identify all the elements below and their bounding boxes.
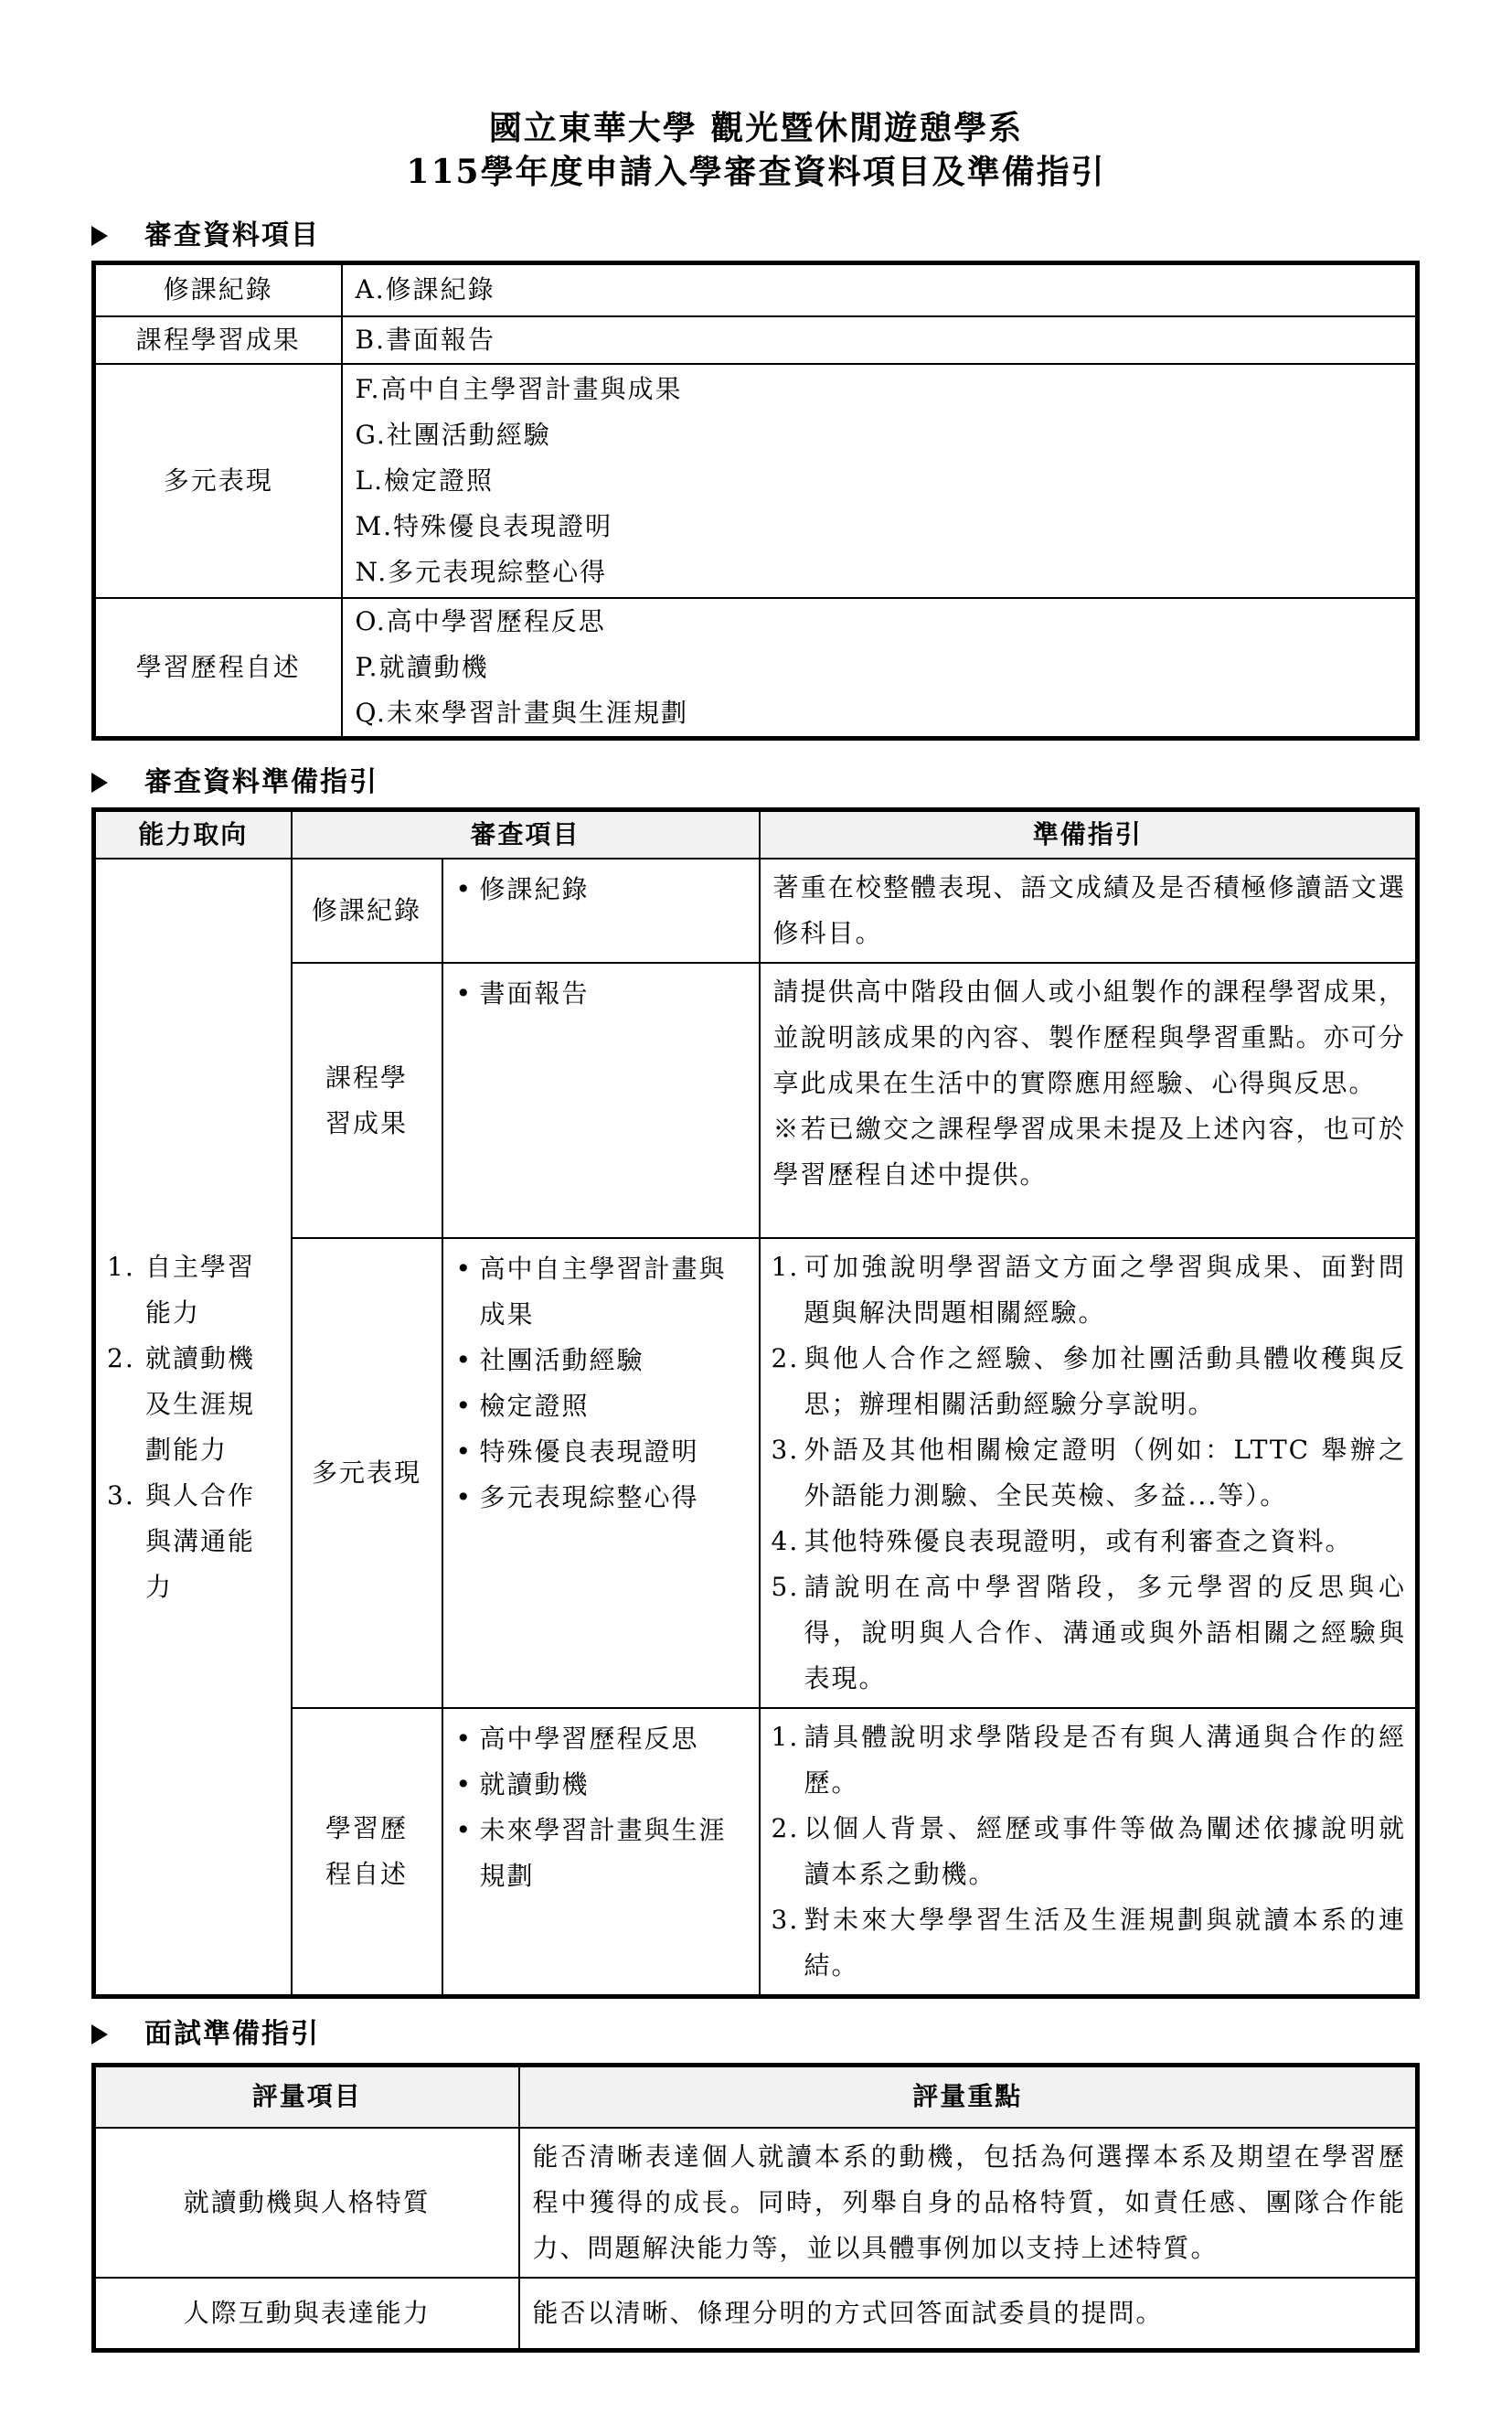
bullet-item: 檢定證照 xyxy=(456,1383,750,1429)
table-header-row: 能力取向 審查項目 準備指引 xyxy=(94,810,1418,859)
evaluation-focus-text: 能否以清晰、條理分明的方式回答面試委員的提問。 xyxy=(520,2285,1416,2342)
bullet-item: 社團活動經驗 xyxy=(456,1338,750,1383)
header-evaluation-focus: 評量重點 xyxy=(519,2066,1418,2128)
page-title-line2: 115學年度申請入學審查資料項目及準備指引 xyxy=(0,150,1512,194)
table-row: 學習歷程自述 高中學習歷程反思 就讀動機 未來學習計畫與生涯規劃 1.請具體說明… xyxy=(94,1708,1418,1997)
guide-list: 1.請具體說明求學階段是否有與人溝通與合作的經歷。 2.以個人背景、經歷或事件等… xyxy=(761,1709,1415,1994)
item: Q.未來學習計畫與生涯規劃 xyxy=(356,690,1416,736)
ability-item: 3.與人合作與溝通能力 xyxy=(107,1473,282,1610)
ability-num: 2. xyxy=(107,1336,135,1382)
bullet-list: 修課紀錄 xyxy=(443,859,759,913)
guide-text: 以個人背景、經歷或事件等做為闡述依據說明就讀本系之動機。 xyxy=(804,1813,1406,1889)
guide-item: 3.外語及其他相關檢定證明（例如：LTTC 舉辦之外語能力測驗、全民英檢、多益.… xyxy=(772,1427,1406,1519)
guide-text: 其他特殊優良表現證明，或有利審查之資料。 xyxy=(804,1526,1353,1556)
section-heading-interview-guide: 面試準備指引 xyxy=(91,2016,320,2053)
table-row: 1.自主學習能力 2.就讀動機及生涯規劃能力 3.與人合作與溝通能力 修課紀錄 … xyxy=(94,859,1418,963)
evaluation-focus-text: 能否清晰表達個人就讀本系的動機，包括為何選擇本系及期望在學習歷程中獲得的成長。同… xyxy=(520,2129,1416,2277)
guide-item: 2.以個人背景、經歷或事件等做為闡述依據說明就讀本系之動機。 xyxy=(772,1806,1406,1897)
guide-item: 2.與他人合作之經驗、參加社團活動具體收穫與反思；辦理相關活動經驗分享說明。 xyxy=(772,1336,1406,1427)
bullet-item: 特殊優良表現證明 xyxy=(456,1429,750,1475)
item: L.檢定證照 xyxy=(356,458,1416,504)
guide-text: 與他人合作之經驗、參加社團活動具體收穫與反思；辦理相關活動經驗分享說明。 xyxy=(804,1343,1406,1419)
guide-num: 3. xyxy=(772,1427,800,1473)
items-cell: A.修課紀錄 xyxy=(342,263,1418,316)
item: O.高中學習歷程反思 xyxy=(356,599,1416,645)
guide-num: 1. xyxy=(772,1244,800,1290)
ability-text: 自主學習能力 xyxy=(145,1252,255,1328)
review-items-table: 修課紀錄 A.修課紀錄 課程學習成果 B.書面報告 多元表現 F.高中自主學習計… xyxy=(91,261,1420,741)
items-cell: B.書面報告 xyxy=(342,316,1418,364)
table-row: 多元表現 高中自主學習計畫與成果 社團活動經驗 檢定證照 特殊優良表現證明 多元… xyxy=(94,1238,1418,1708)
guide-num: 2. xyxy=(772,1806,800,1852)
review-guide-table: 能力取向 審查項目 準備指引 1.自主學習能力 2.就讀動機及生涯規劃能力 3.… xyxy=(91,807,1420,1999)
section-heading-review-items: 審查資料項目 xyxy=(91,218,320,254)
item: B.書面報告 xyxy=(356,317,1416,363)
guide-num: 2. xyxy=(772,1336,800,1382)
items-cell: 高中自主學習計畫與成果 社團活動經驗 檢定證照 特殊優良表現證明 多元表現綜整心… xyxy=(442,1238,760,1708)
ability-text: 與人合作與溝通能力 xyxy=(145,1480,255,1602)
section-heading-label: 審查資料準備指引 xyxy=(144,764,378,801)
ability-num: 1. xyxy=(107,1244,135,1290)
table-row: 學習歷程自述 O.高中學習歷程反思 P.就讀動機 Q.未來學習計畫與生涯規劃 xyxy=(94,598,1418,739)
bullet-list: 書面報告 xyxy=(443,964,759,1017)
guide-text: 請說明在高中學習階段，多元學習的反思與心得，說明與人合作、溝通或與外語相關之經驗… xyxy=(804,1572,1406,1693)
guide-num: 3. xyxy=(772,1897,800,1943)
guide-cell: 請提供高中階段由個人或小組製作的課程學習成果，並說明該成果的內容、製作歷程與學習… xyxy=(760,963,1418,1238)
bullet-item: 書面報告 xyxy=(456,971,750,1017)
guide-paragraph: 著重在校整體表現、語文成績及是否積極修讀語文選修科目。 xyxy=(761,859,1415,962)
guide-cell: 著重在校整體表現、語文成績及是否積極修讀語文選修科目。 xyxy=(760,859,1418,963)
header-evaluation-item: 評量項目 xyxy=(94,2066,519,2128)
items-cell: 高中學習歷程反思 就讀動機 未來學習計畫與生涯規劃 xyxy=(442,1708,760,1997)
guide-text: 可加強說明學習語文方面之學習與成果、面對問題與解決問題相關經驗。 xyxy=(804,1252,1406,1328)
arrow-right-icon xyxy=(91,226,108,246)
guide-item: 3.對未來大學學習生活及生涯規劃與就讀本系的連結。 xyxy=(772,1897,1406,1989)
evaluation-item-cell: 人際互動與表達能力 xyxy=(94,2278,519,2351)
item: M.特殊優良表現證明 xyxy=(356,504,1416,550)
guide-item: 4.其他特殊優良表現證明，或有利審查之資料。 xyxy=(772,1519,1406,1564)
bullet-item: 高中自主學習計畫與成果 xyxy=(456,1246,750,1338)
item: A.修課紀錄 xyxy=(356,267,1416,313)
guide-text: 外語及其他相關檢定證明（例如：LTTC 舉辦之外語能力測驗、全民英檢、多益...… xyxy=(804,1435,1406,1511)
bullet-item: 未來學習計畫與生涯規劃 xyxy=(456,1808,750,1899)
ability-item: 2.就讀動機及生涯規劃能力 xyxy=(107,1336,282,1473)
table-row: 課程學習成果 B.書面報告 xyxy=(94,316,1418,364)
header-ability: 能力取向 xyxy=(94,810,292,859)
guide-num: 5. xyxy=(772,1564,800,1610)
guide-cell: 1.可加強說明學習語文方面之學習與成果、面對問題與解決問題相關經驗。 2.與他人… xyxy=(760,1238,1418,1708)
category-cell: 課程學習成果 xyxy=(94,316,342,364)
section-heading-label: 審查資料項目 xyxy=(144,218,320,254)
ability-num: 3. xyxy=(107,1473,135,1519)
category-cell: 課程學習成果 xyxy=(292,963,442,1238)
table-row: 多元表現 F.高中自主學習計畫與成果 G.社團活動經驗 L.檢定證照 M.特殊優… xyxy=(94,364,1418,598)
items-cell: F.高中自主學習計畫與成果 G.社團活動經驗 L.檢定證照 M.特殊優良表現證明… xyxy=(342,364,1418,598)
item: N.多元表現綜整心得 xyxy=(356,550,1416,595)
item: P.就讀動機 xyxy=(356,645,1416,690)
guide-text: 請具體說明求學階段是否有與人溝通與合作的經歷。 xyxy=(804,1722,1406,1798)
bullet-item: 就讀動機 xyxy=(456,1762,750,1808)
items-cell: O.高中學習歷程反思 P.就讀動機 Q.未來學習計畫與生涯規劃 xyxy=(342,598,1418,739)
guide-item: 1.請具體說明求學階段是否有與人溝通與合作的經歷。 xyxy=(772,1714,1406,1806)
items-cell: 修課紀錄 xyxy=(442,859,760,963)
interview-guide-table: 評量項目 評量重點 就讀動機與人格特質 能否清晰表達個人就讀本系的動機，包括為何… xyxy=(91,2063,1420,2353)
table-row: 課程學習成果 書面報告 請提供高中階段由個人或小組製作的課程學習成果，並說明該成… xyxy=(94,963,1418,1238)
table-row: 就讀動機與人格特質 能否清晰表達個人就讀本系的動機，包括為何選擇本系及期望在學習… xyxy=(94,2128,1418,2278)
item: F.高中自主學習計畫與成果 xyxy=(356,367,1416,412)
guide-num: 1. xyxy=(772,1714,800,1760)
category-cell: 修課紀錄 xyxy=(292,859,442,963)
guide-text: 對未來大學學習生活及生涯規劃與就讀本系的連結。 xyxy=(804,1905,1406,1981)
guide-paragraph: 請提供高中階段由個人或小組製作的課程學習成果，並說明該成果的內容、製作歷程與學習… xyxy=(761,964,1415,1106)
table-row: 修課紀錄 A.修課紀錄 xyxy=(94,263,1418,316)
guide-cell: 1.請具體說明求學階段是否有與人溝通與合作的經歷。 2.以個人背景、經歷或事件等… xyxy=(760,1708,1418,1997)
guide-note: ※若已繳交之課程學習成果未提及上述內容，也可於學習歷程自述中提供。 xyxy=(761,1106,1415,1203)
ability-item: 1.自主學習能力 xyxy=(107,1244,282,1336)
evaluation-focus-cell: 能否以清晰、條理分明的方式回答面試委員的提問。 xyxy=(519,2278,1418,2351)
page-title-line1: 國立東華大學 觀光暨休閒遊憩學系 xyxy=(0,106,1512,150)
table-row: 人際互動與表達能力 能否以清晰、條理分明的方式回答面試委員的提問。 xyxy=(94,2278,1418,2351)
category-cell: 修課紀錄 xyxy=(94,263,342,316)
bullet-item: 多元表現綜整心得 xyxy=(456,1475,750,1521)
evaluation-focus-cell: 能否清晰表達個人就讀本系的動機，包括為何選擇本系及期望在學習歷程中獲得的成長。同… xyxy=(519,2128,1418,2278)
section-heading-label: 面試準備指引 xyxy=(144,2016,320,2053)
category-cell: 多元表現 xyxy=(292,1238,442,1708)
category-cell: 多元表現 xyxy=(94,364,342,598)
section-heading-review-guide: 審查資料準備指引 xyxy=(91,764,378,801)
category-cell: 學習歷程自述 xyxy=(94,598,342,739)
bullet-item: 修課紀錄 xyxy=(456,867,750,913)
header-review-item: 審查項目 xyxy=(292,810,760,859)
bullet-list: 高中自主學習計畫與成果 社團活動經驗 檢定證照 特殊優良表現證明 多元表現綜整心… xyxy=(443,1239,759,1521)
header-guide: 準備指引 xyxy=(760,810,1418,859)
guide-item: 1.可加強說明學習語文方面之學習與成果、面對問題與解決問題相關經驗。 xyxy=(772,1244,1406,1336)
bullet-item: 高中學習歷程反思 xyxy=(456,1716,750,1762)
items-cell: 書面報告 xyxy=(442,963,760,1238)
guide-num: 4. xyxy=(772,1519,800,1564)
category-cell: 學習歷程自述 xyxy=(292,1708,442,1997)
evaluation-item-cell: 就讀動機與人格特質 xyxy=(94,2128,519,2278)
bullet-list: 高中學習歷程反思 就讀動機 未來學習計畫與生涯規劃 xyxy=(443,1709,759,1899)
arrow-right-icon xyxy=(91,2024,108,2045)
ability-list: 1.自主學習能力 2.就讀動機及生涯規劃能力 3.與人合作與溝通能力 xyxy=(96,1244,291,1610)
guide-item: 5.請說明在高中學習階段，多元學習的反思與心得，說明與人合作、溝通或與外語相關之… xyxy=(772,1564,1406,1702)
item: G.社團活動經驗 xyxy=(356,412,1416,458)
arrow-right-icon xyxy=(91,773,108,793)
table-header-row: 評量項目 評量重點 xyxy=(94,2066,1418,2128)
ability-cell: 1.自主學習能力 2.就讀動機及生涯規劃能力 3.與人合作與溝通能力 xyxy=(94,859,292,1997)
guide-list: 1.可加強說明學習語文方面之學習與成果、面對問題與解決問題相關經驗。 2.與他人… xyxy=(761,1239,1415,1707)
ability-text: 就讀動機及生涯規劃能力 xyxy=(145,1343,255,1465)
